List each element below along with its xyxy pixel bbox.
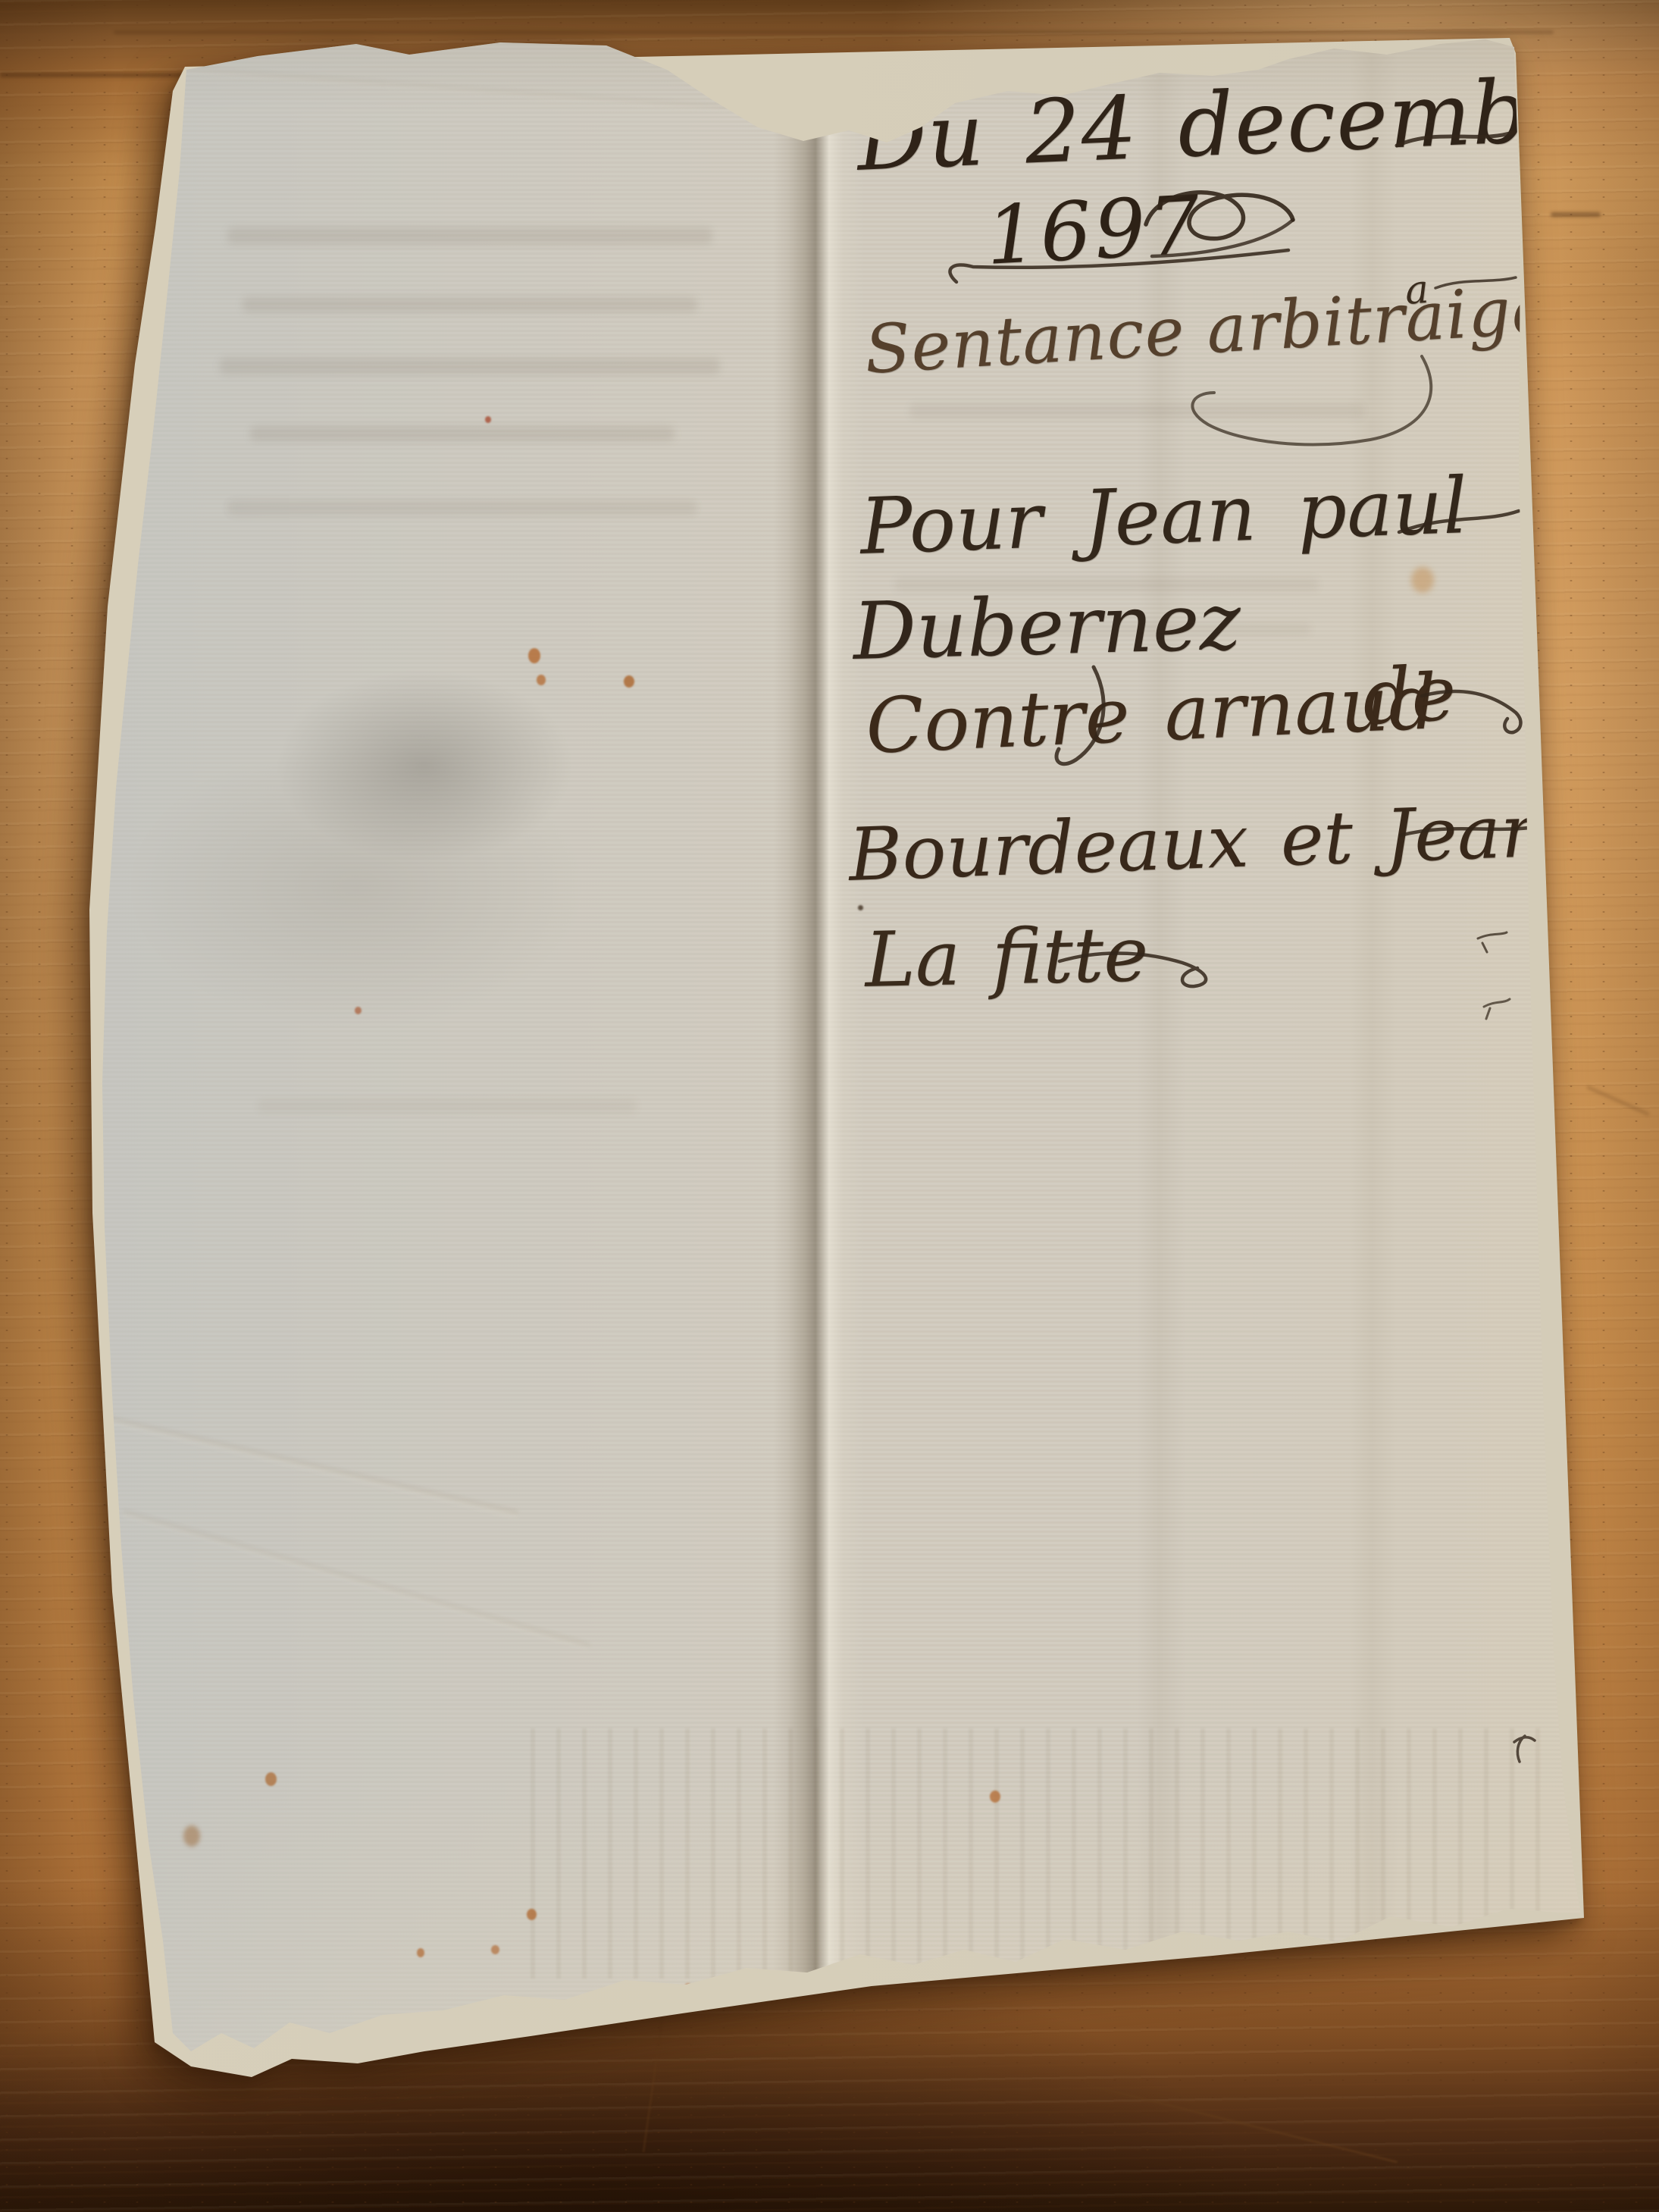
foxing-spot	[528, 648, 540, 663]
paper-crease	[122, 1510, 590, 1650]
manuscript-line-contre-2: Bourdeaux et Jean	[847, 788, 1549, 898]
manuscript-word-de: de	[1360, 649, 1458, 742]
foxing-spot	[491, 1945, 499, 1954]
bleedthrough-line	[227, 500, 697, 515]
paper-stack: Du 24 decembre 1697 a Sentance arbitraig…	[0, 0, 1659, 2212]
bleedthrough-line	[258, 1099, 637, 1113]
manuscript-line-title: Sentance arbitraige	[862, 270, 1554, 389]
foxing-spot	[527, 1909, 537, 1920]
manuscript-line-date-2: 1697	[984, 178, 1205, 283]
manuscript-line-pour-2: Dubernez	[852, 575, 1242, 678]
foxing-spot	[990, 1791, 1000, 1803]
foxing-spot	[537, 675, 546, 685]
photo-of-manuscript-on-table: Du 24 decembre 1697 a Sentance arbitraig…	[0, 0, 1659, 2212]
foxing-spot	[485, 416, 491, 423]
manuscript-line-contre-3: La fitte	[864, 910, 1149, 1004]
bleedthrough-line	[220, 358, 720, 374]
bleedthrough-line	[227, 227, 712, 244]
ink-dot	[858, 905, 863, 910]
manuscript-line-pour-1: Pour Jean paul	[859, 461, 1469, 572]
stain	[1411, 567, 1434, 593]
flourish-title-descender	[1192, 356, 1431, 444]
foxing-spot	[265, 1772, 277, 1786]
bleedthrough-line	[243, 297, 697, 312]
stray-ink-mark	[1484, 999, 1510, 1019]
bleedthrough-line	[909, 403, 1364, 418]
foxing-spot	[417, 1948, 424, 1957]
bleedthrough-line	[250, 426, 675, 441]
foxing-spot	[624, 675, 634, 688]
paper-crease	[103, 1415, 518, 1517]
foxing-spot	[355, 1007, 362, 1014]
stain	[183, 1825, 200, 1847]
paper-crinkles	[531, 1728, 1546, 1979]
stray-ink-mark	[1478, 932, 1507, 952]
manuscript-paper: Du 24 decembre 1697 a Sentance arbitraig…	[0, 0, 1659, 2212]
